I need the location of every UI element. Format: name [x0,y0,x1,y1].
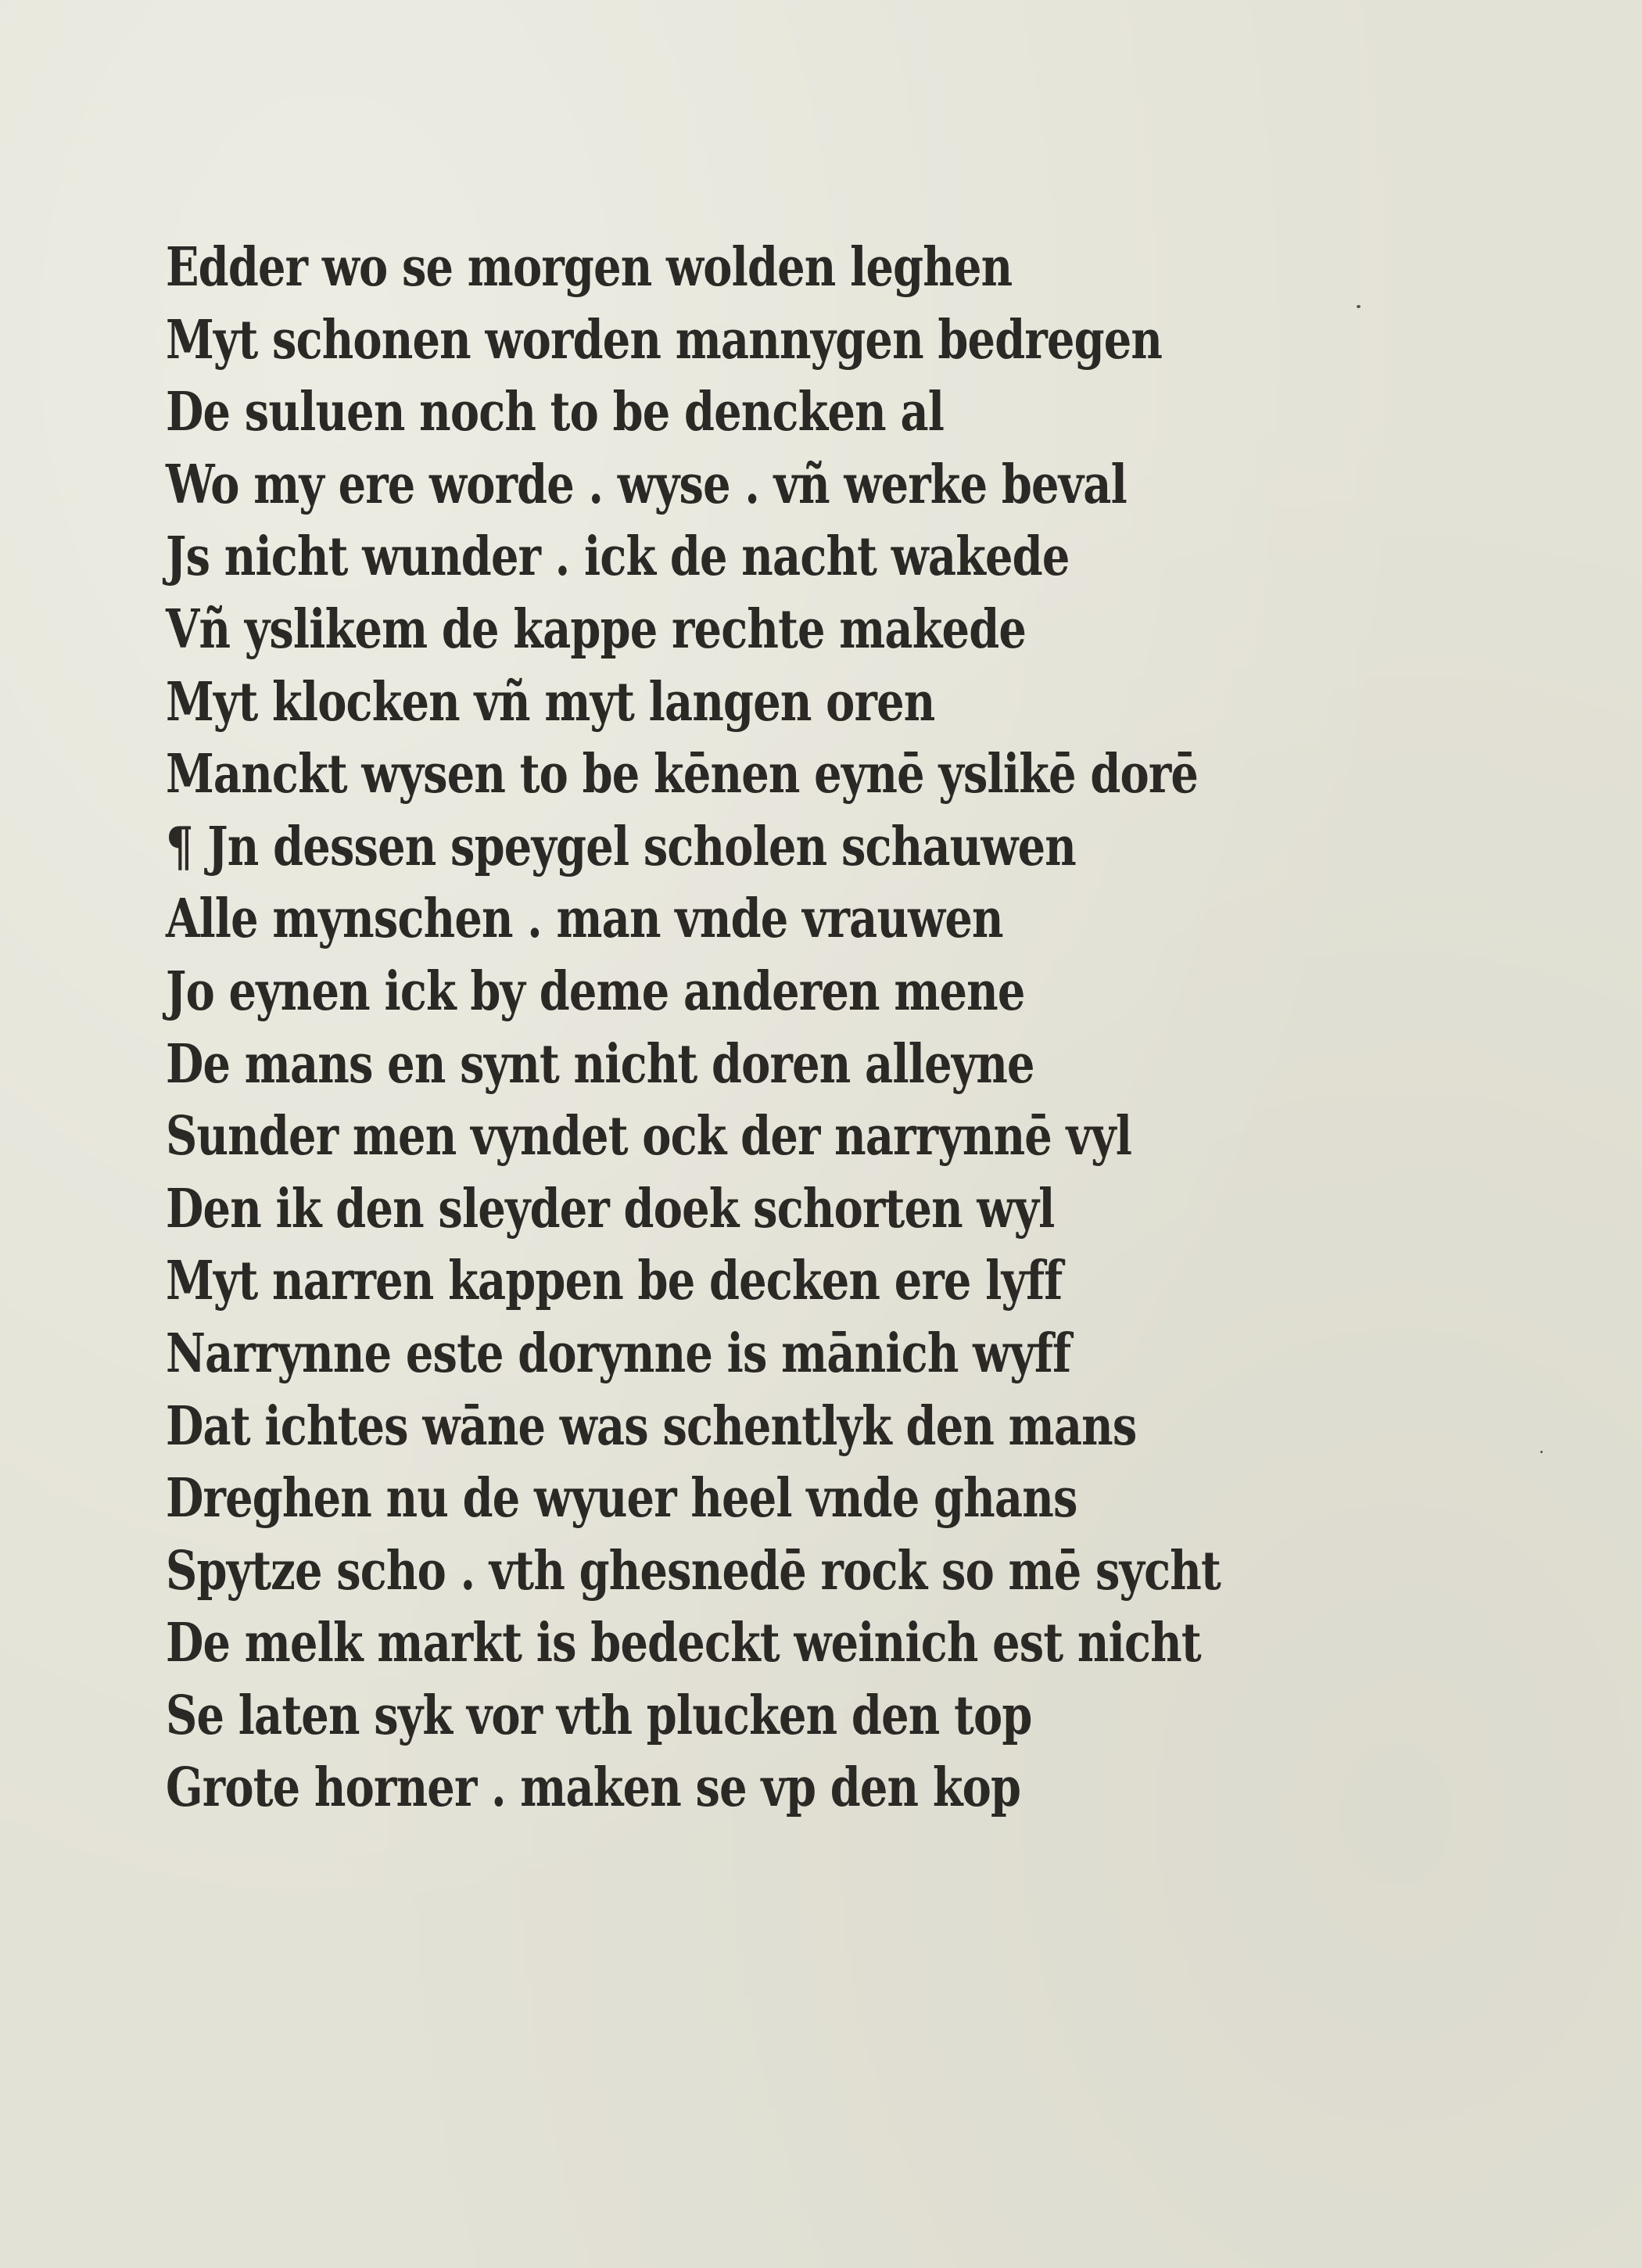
verse-line-16: Narrynne este dorynne is mānich wyff [166,1318,1320,1391]
verse-line-1: Edder wo se morgen wolden leghen [166,231,1320,304]
verse-line-13: Sunder men vyndet ock der narrynnē vyl [166,1100,1320,1173]
verse-line-8: Manckt wysen to be kēnen eynē yslikē dor… [166,738,1320,811]
verse-line-6: Vñ yslikem de kappe rechte makede [166,594,1320,666]
verse-line-12: De mans en synt nicht doren alleyne [166,1028,1320,1101]
verse-text-block: Edder wo se morgen wolden leghen Myt sch… [166,231,1573,1825]
scanned-page: Edder wo se morgen wolden leghen Myt sch… [0,0,1642,2268]
verse-line-14: Den ik den sleyder doek schorten wyl [166,1173,1320,1246]
verse-line-2: Myt schonen worden mannygen bedregen [166,304,1320,377]
paper-speck [1357,305,1361,308]
verse-line-15: Myt narren kappen be decken ere lyff [166,1245,1320,1318]
verse-line-20: De melk markt is bedeckt weinich est nic… [166,1607,1320,1680]
verse-line-9: ¶ Jn dessen speygel scholen schauwen [166,811,1320,884]
verse-line-4: Wo my ere worde . wyse . vñ werke beval [166,449,1320,522]
verse-line-19: Spytze scho . vth ghesnedē rock so mē sy… [166,1535,1320,1608]
verse-line-10: Alle mynschen . man vnde vrauwen [166,883,1320,956]
verse-line-17: Dat ichtes wāne was schentlyk den mans [166,1391,1320,1463]
paper-speck [1540,1451,1543,1453]
verse-line-5: Js nicht wunder . ick de nacht wakede [166,521,1320,594]
verse-line-22: Grote horner . maken se vp den kop [166,1752,1320,1825]
verse-line-11: Jo eynen ick by deme anderen mene [166,956,1320,1028]
verse-line-21: Se laten syk vor vth plucken den top [166,1680,1320,1753]
verse-line-18: Dreghen nu de wyuer heel vnde ghans [166,1462,1320,1535]
verse-line-3: De suluen noch to be dencken al [166,376,1320,449]
verse-line-7: Myt klocken vñ myt langen oren [166,666,1320,739]
